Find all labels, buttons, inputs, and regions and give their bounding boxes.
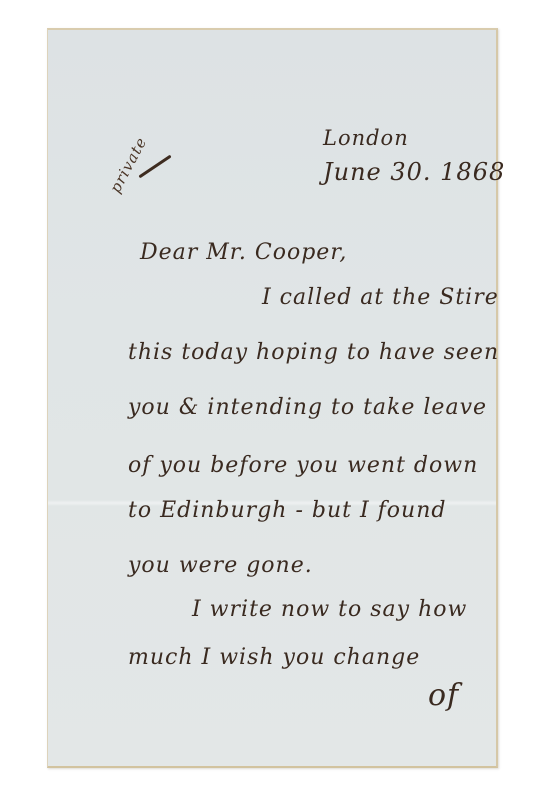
- letter-body-line: you were gone.: [128, 553, 313, 578]
- letter-body-line: you & intending to take leave: [128, 395, 487, 420]
- letter-place: London: [323, 126, 409, 150]
- letter-date: June 30. 1868: [323, 158, 505, 186]
- letter-body-line: I write now to say how: [192, 597, 467, 622]
- letter-body-line: this today hoping to have seen: [128, 340, 499, 365]
- letter-body-line: of you before you went down: [128, 453, 478, 478]
- letter-body-line: much I wish you change: [128, 645, 420, 670]
- letter-catchword: of: [428, 678, 459, 713]
- letter-salutation: Dear Mr. Cooper,: [140, 240, 347, 265]
- letter-body-line: I called at the Stire: [262, 285, 499, 310]
- letter-body-line: to Edinburgh - but I found: [128, 498, 446, 523]
